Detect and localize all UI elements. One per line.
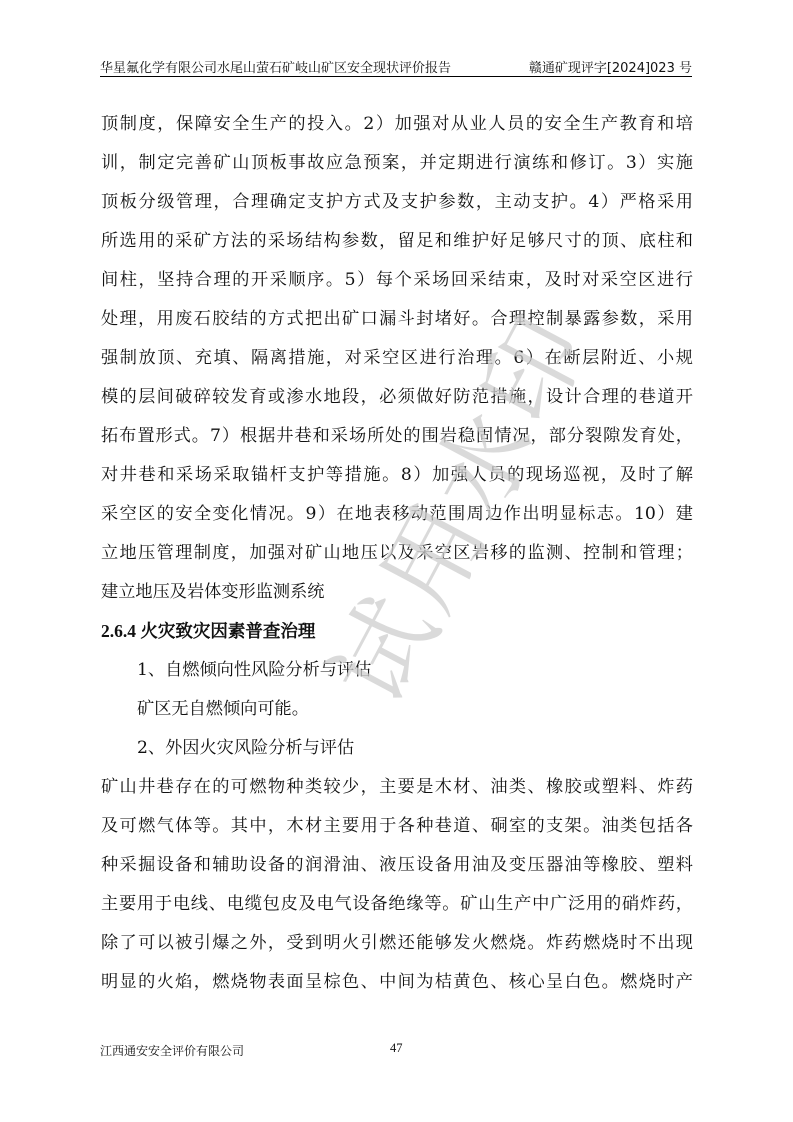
paragraph-line: 拓布置形式。7）根据井巷和采场所处的围岩稳固情况，部分裂隙发育处， <box>101 417 693 456</box>
paragraph-line: 种采掘设备和辅助设备的润滑油、液压设备用油及变压器油等橡胶、塑料 <box>101 846 693 885</box>
paragraph-line: 模的层间破碎较发育或渗水地段，必须做好防范措施，设计合理的巷道开 <box>101 378 693 417</box>
document-page: 华星氟化学有限公司水尾山萤石矿岐山矿区安全现状评价报告 赣通矿现评字[2024]… <box>0 0 793 1122</box>
paragraph-line: 顶制度，保障安全生产的投入。2）加强对从业人员的安全生产教育和培 <box>101 105 693 144</box>
paragraph-line: 采空区的安全变化情况。9）在地表移动范围周边作出明显标志。10）建 <box>101 495 693 534</box>
page-header: 华星氟化学有限公司水尾山萤石矿岐山矿区安全现状评价报告 赣通矿现评字[2024]… <box>100 54 692 77</box>
paragraph-line: 立地压管理制度，加强对矿山地压以及采空区岩移的监测、控制和管理； <box>101 534 693 573</box>
paragraph-line: 矿山井巷存在的可燃物种类较少，主要是木材、油类、橡胶或塑料、炸药 <box>101 768 693 807</box>
paragraph-line: 顶板分级管理，合理确定支护方式及支护参数，主动支护。4）严格采用 <box>101 183 693 222</box>
paragraph-line: 训，制定完善矿山顶板事故应急预案，并定期进行演练和修订。3）实施 <box>101 144 693 183</box>
document-number: 赣通矿现评字[2024]023 号 <box>529 57 692 76</box>
paragraph-line: 处理，用废石胶结的方式把出矿口漏斗封堵好。合理控制暴露参数，采用 <box>101 300 693 339</box>
page-footer: 江西通安安全评价有限公司 47 <box>100 1040 692 1060</box>
paragraph-line: 除了可以被引爆之外，受到明火引燃还能够发火燃烧。炸药燃烧时不出现 <box>101 924 693 963</box>
paragraph-line: 矿区无自燃倾向可能。 <box>101 690 693 729</box>
subsection-title: 1、自燃倾向性风险分析与评估 <box>101 651 693 690</box>
paragraph-line: 强制放顶、充填、隔离措施，对采空区进行治理。6）在断层附近、小规 <box>101 339 693 378</box>
body-content: 顶制度，保障安全生产的投入。2）加强对从业人员的安全生产教育和培 训，制定完善矿… <box>101 105 693 1002</box>
paragraph-line: 建立地压及岩体变形监测系统 <box>101 573 693 612</box>
paragraph-line: 明显的火焰，燃烧物表面呈棕色、中间为桔黄色、核心呈白色。燃烧时产 <box>101 963 693 1002</box>
page-number: 47 <box>390 1041 403 1056</box>
paragraph-line: 主要用于电线、电缆包皮及电气设备绝缘等。矿山生产中广泛用的硝炸药， <box>101 885 693 924</box>
subsection-title: 2、外因火灾风险分析与评估 <box>101 729 693 768</box>
section-heading: 2.6.4 火灾致灾因素普查治理 <box>101 612 693 651</box>
paragraph-line: 及可燃气体等。其中，木材主要用于各种巷道、硐室的支架。油类包括各 <box>101 807 693 846</box>
paragraph-line: 所选用的采矿方法的采场结构参数，留足和维护好足够尺寸的顶、底柱和 <box>101 222 693 261</box>
paragraph-line: 对井巷和采场采取锚杆支护等措施。8）加强人员的现场巡视，及时了解 <box>101 456 693 495</box>
footer-company: 江西通安安全评价有限公司 <box>100 1042 244 1059</box>
paragraph-line: 间柱，坚持合理的开采顺序。5）每个采场回采结束，及时对采空区进行 <box>101 261 693 300</box>
report-title: 华星氟化学有限公司水尾山萤石矿岐山矿区安全现状评价报告 <box>100 57 451 76</box>
